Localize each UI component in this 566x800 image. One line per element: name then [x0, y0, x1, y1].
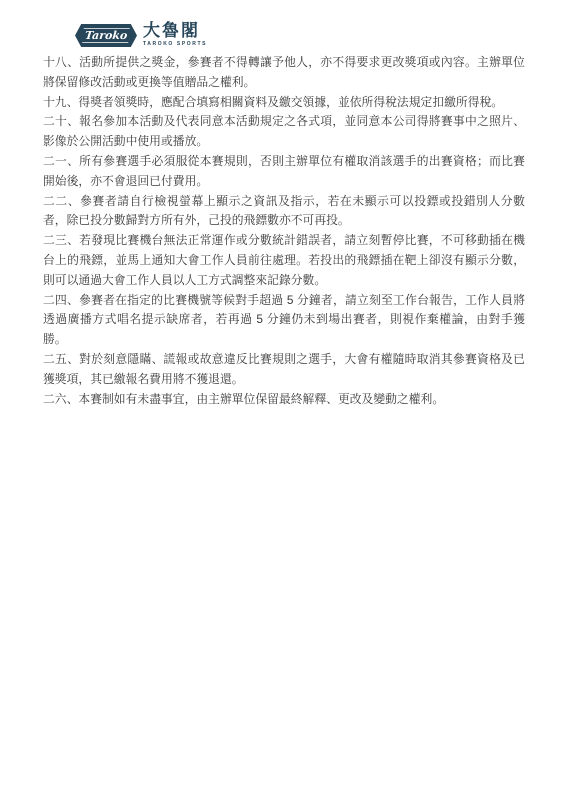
- rule-number: 二十、: [43, 114, 79, 128]
- rule-item-22: 二二、參賽者請自行檢視螢幕上顯示之資訊及指示，若在未顯示可以投鏢或投錯別人分數者…: [43, 192, 525, 232]
- rule-number: 二六、: [43, 392, 78, 406]
- rule-item-20: 二十、報名參加本活動及代表同意本活動規定之各式項，並同意本公司得將賽事中之照片、…: [43, 112, 525, 152]
- rule-text: 對於刻意隱瞞、謊報或故意違反比賽規則之選手，大會有權隨時取消其參賽資格及已獲獎項…: [43, 352, 525, 386]
- rule-text: 得獎者領獎時，應配合填寫相關資料及繳交領據，並依所得稅法規定扣繳所得稅。: [78, 95, 503, 109]
- rule-number: 二三、: [43, 233, 79, 247]
- rule-item-26: 二六、本賽制如有未盡事宜，由主辦單位保留最終解釋、更改及變動之權利。: [43, 390, 525, 410]
- taroko-sports-logo: Taroko 大魯閣 TAROKO SPORTS: [75, 22, 207, 47]
- rule-text: 參賽者請自行檢視螢幕上顯示之資訊及指示，若在未顯示可以投鏢或投錯別人分數者，除已…: [43, 194, 525, 228]
- brand-subtitle: TAROKO SPORTS: [143, 42, 207, 47]
- rule-item-24: 二四、參賽者在指定的比賽機號等候對手超過 5 分鐘者，請立刻至工作台報告，工作人…: [43, 291, 525, 350]
- rule-number: 十八、: [43, 55, 79, 69]
- brand-name: 大魯閣: [143, 22, 207, 39]
- rule-item-19: 十九、得獎者領獎時，應配合填寫相關資料及繳交領據，並依所得稅法規定扣繳所得稅。: [43, 93, 525, 113]
- rule-number: 二二、: [43, 194, 80, 208]
- competition-rules-list: 十八、活動所提供之獎金，參賽者不得轉讓予他人，亦不得要求更改獎項或內容。主辦單位…: [43, 53, 525, 409]
- rule-item-23: 二三、若發現比賽機台無法正常運作或分數統計錯誤者，請立刻暫停比賽，不可移動插在機…: [43, 231, 525, 290]
- rule-number: 二四、: [43, 293, 79, 307]
- document-page: Taroko 大魯閣 TAROKO SPORTS 十八、活動所提供之獎金，參賽者…: [0, 0, 566, 800]
- rule-item-25: 二五、對於刻意隱瞞、謊報或故意違反比賽規則之選手，大會有權隨時取消其參賽資格及已…: [43, 350, 525, 390]
- logo-wordmark: 大魯閣 TAROKO SPORTS: [143, 22, 207, 47]
- rule-number: 十九、: [43, 95, 78, 109]
- rule-number: 二一、: [43, 154, 79, 168]
- rule-text: 本賽制如有未盡事宜，由主辦單位保留最終解釋、更改及變動之權利。: [78, 392, 444, 406]
- rule-number: 二五、: [43, 352, 79, 366]
- rule-text: 若發現比賽機台無法正常運作或分數統計錯誤者，請立刻暫停比賽，不可移動插在機台上的…: [43, 233, 525, 287]
- rule-text: 參賽者在指定的比賽機號等候對手超過 5 分鐘者，請立刻至工作台報告，工作人員將透…: [43, 293, 525, 347]
- taroko-badge-script: Taroko: [82, 28, 130, 43]
- rule-text: 所有參賽選手必須服從本賽規則，否則主辦單位有權取消該選手的出賽資格；而比賽開始後…: [43, 154, 525, 188]
- taroko-badge-icon: Taroko: [75, 24, 137, 47]
- rule-item-21: 二一、所有參賽選手必須服從本賽規則，否則主辦單位有權取消該選手的出賽資格；而比賽…: [43, 152, 525, 192]
- rule-text: 活動所提供之獎金，參賽者不得轉讓予他人，亦不得要求更改獎項或內容。主辦單位將保留…: [43, 55, 525, 89]
- rule-text: 報名參加本活動及代表同意本活動規定之各式項，並同意本公司得將賽事中之照片、影像於…: [43, 114, 525, 148]
- rule-item-18: 十八、活動所提供之獎金，參賽者不得轉讓予他人，亦不得要求更改獎項或內容。主辦單位…: [43, 53, 525, 93]
